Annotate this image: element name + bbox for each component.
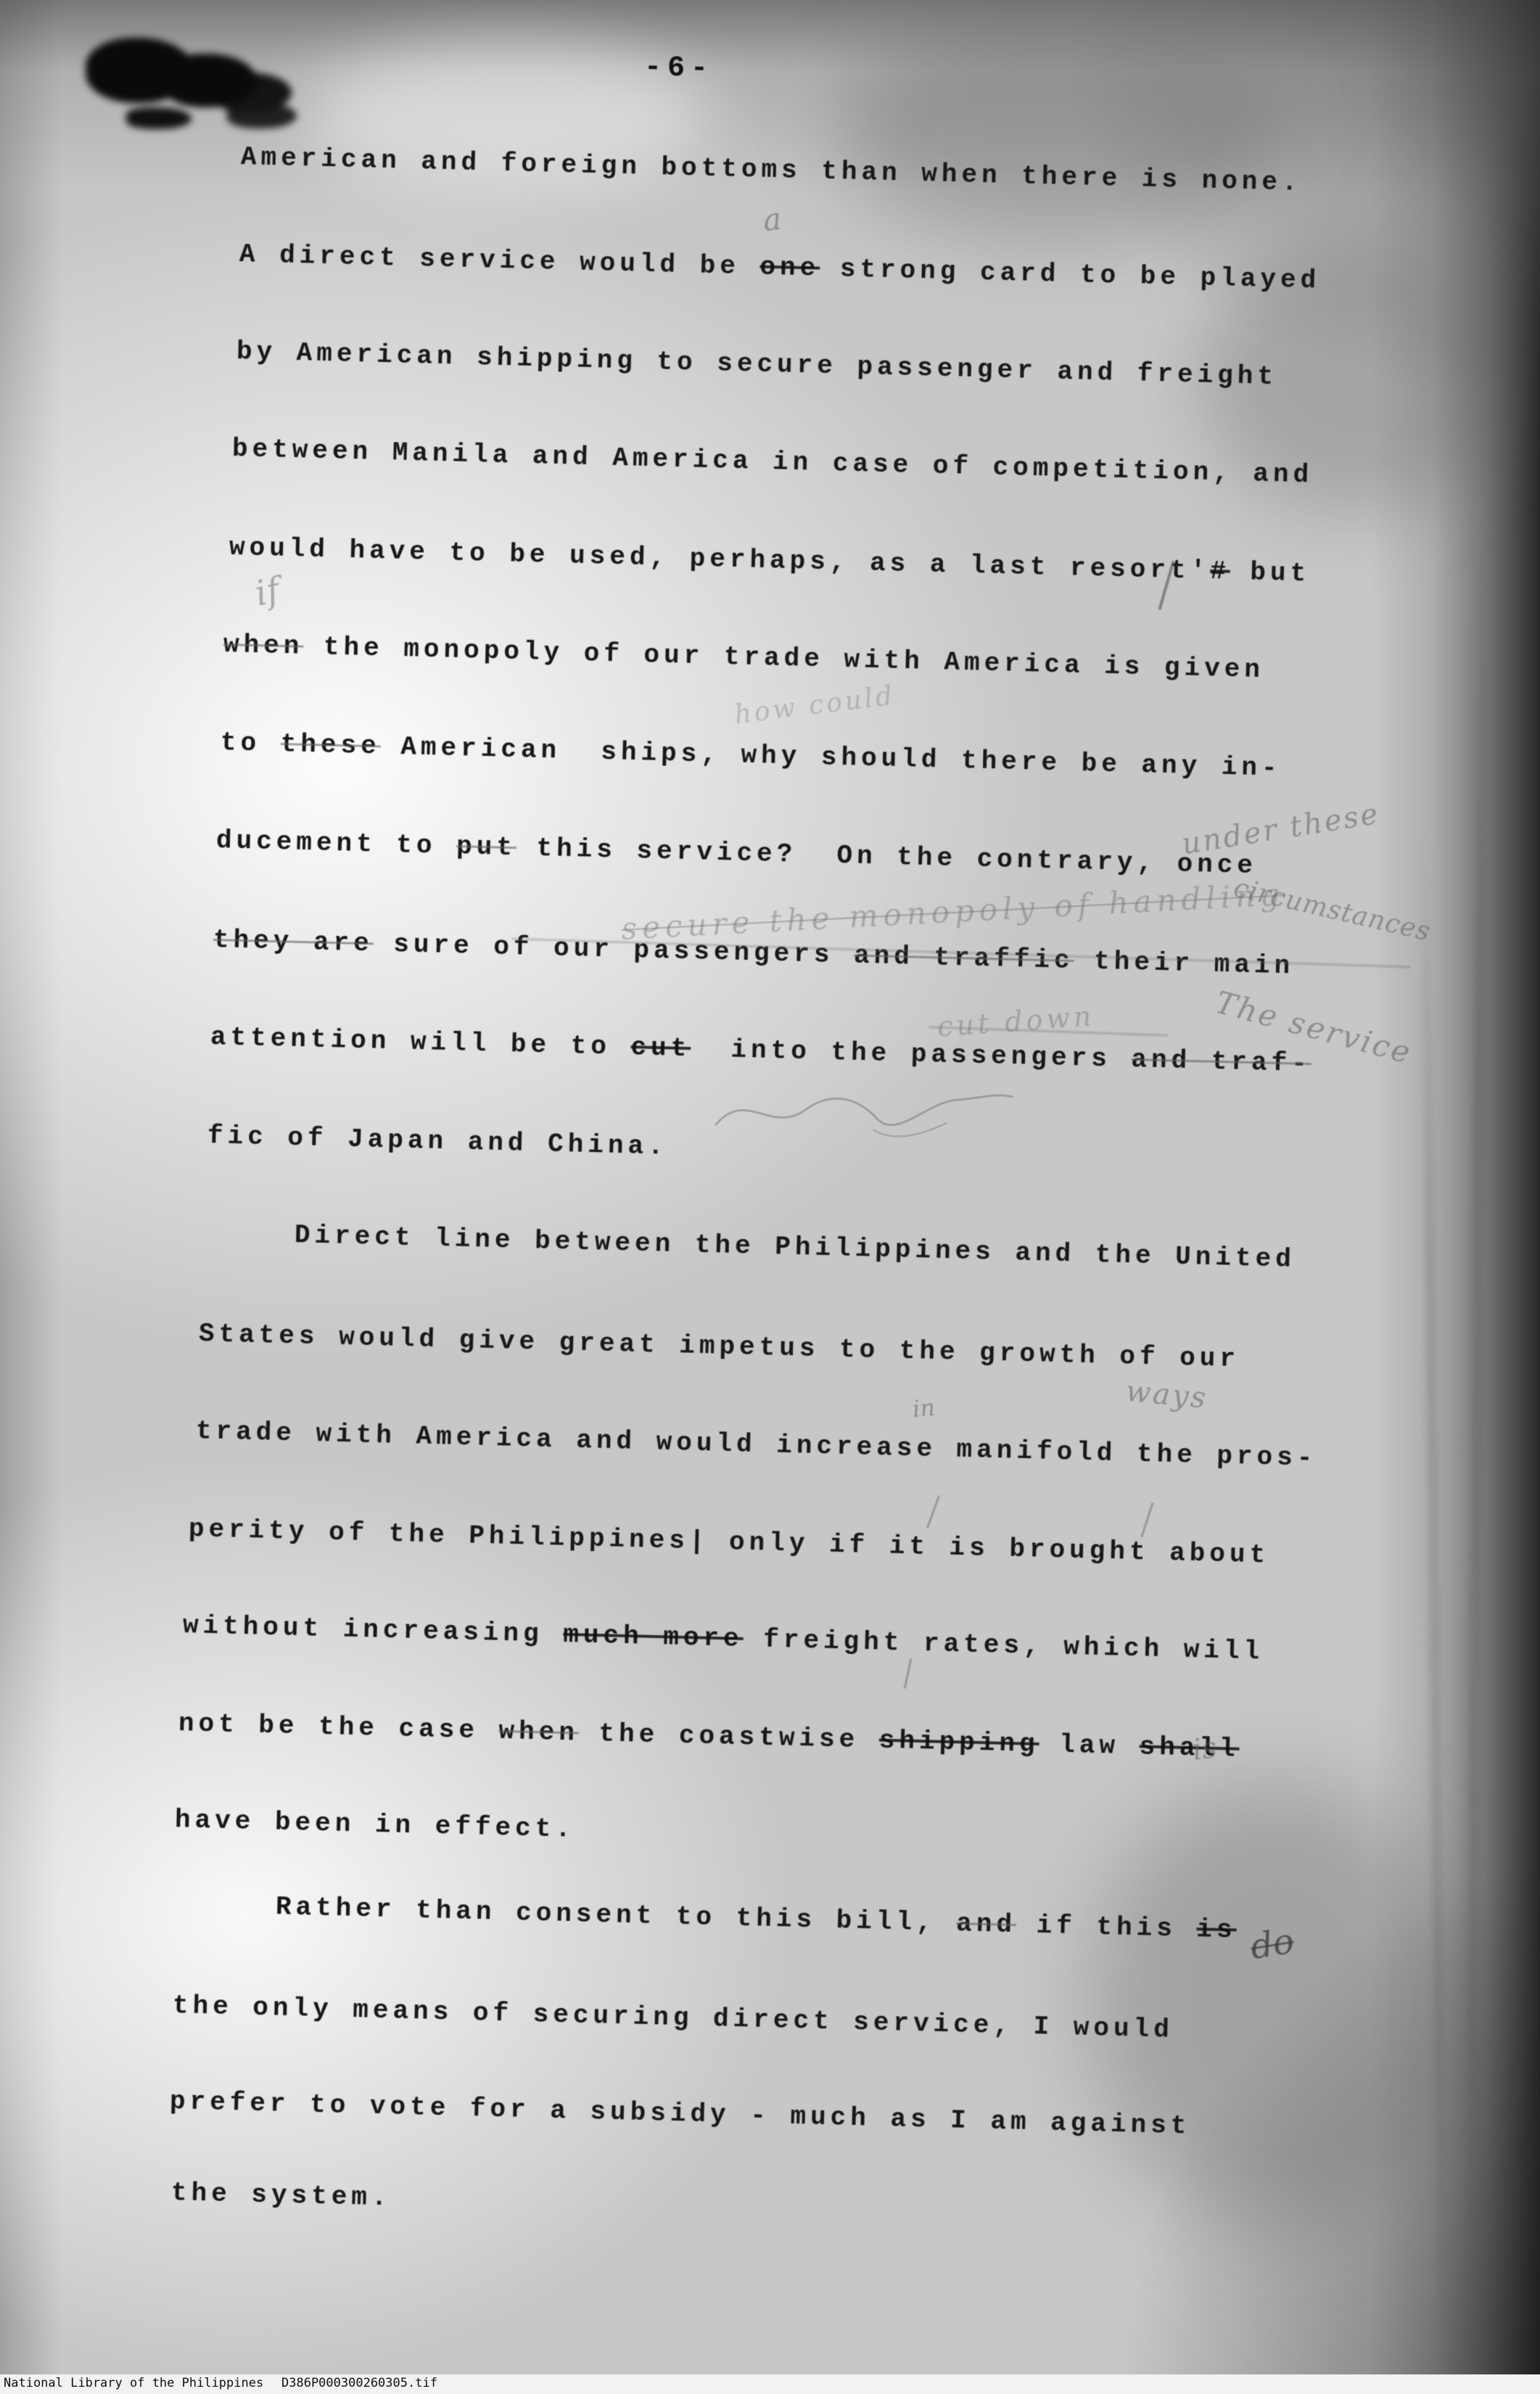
typed-line: to these American ships, why should ther… [220,728,1282,783]
struck-word: is [1196,1914,1237,1945]
text-run: American ships, why should there be any … [380,731,1282,783]
text-run: to [220,728,281,759]
text-run: perity of the Philippines| only if it is… [188,1514,1269,1570]
text-run: freight rates, which will [743,1624,1264,1667]
typed-line: trade with America and would increase ma… [195,1416,1317,1473]
text-run: the system. [170,2178,392,2213]
struck-word: put [456,831,517,863]
typed-line: fic of Japan and China. [207,1121,668,1161]
text-run: A direct service would be [239,239,759,282]
paper-crease [1466,508,1486,2358]
typed-line: by American shipping to secure passenger… [236,337,1277,392]
typed-line: perity of the Philippines| only if it is… [188,1514,1269,1570]
text-run: ducement to [215,826,456,861]
scanned-document-page: -6- American and foreign bottoms than wh… [0,0,1540,2394]
text-run: States would give great impetus to the g… [198,1319,1240,1374]
scan-footer-bar: National Library of the Philippines D386… [0,2374,1540,2394]
handwritten-note: under these [1179,797,1382,862]
typed-line: Rather than consent to this bill, and if… [275,1892,1237,1945]
typed-line: the only means of securing direct servic… [172,1991,1174,2045]
text-run: Direct line between the Philippines and … [294,1220,1296,1275]
text-run: the monopoly of our trade with America i… [303,632,1265,685]
typed-line: not be the case when the coastwise shipp… [178,1708,1240,1764]
text-run: if this [1016,1910,1197,1944]
typed-line: Direct line between the Philippines and … [294,1220,1296,1275]
typed-line: when the monopoly of our trade with Amer… [223,630,1264,685]
handwritten-insertion: in [911,1394,936,1423]
typed-line: between Manila and America in case of co… [231,434,1313,490]
text-run: without increasing [182,1611,563,1650]
typed-line: would have to be used, perhaps, as a las… [228,532,1310,588]
handwritten-scribble: do [1248,1921,1297,1968]
typed-line: the system. [170,2178,392,2213]
text-run: prefer to vote for a subsidy - much as I… [169,2086,1190,2141]
handwritten-insertion: is [1190,1731,1219,1767]
handwritten-insertion: ways [1124,1375,1209,1415]
handwritten-note: how could [733,681,897,731]
text-run: attention will be to [210,1022,631,1062]
text-run: but [1230,557,1310,589]
struck-word: and [956,1909,1017,1940]
struck-word: cut [630,1032,691,1064]
struck-word: when [498,1716,579,1748]
text-run: into the passengers [691,1034,1132,1074]
scan-shadow-patch [834,22,1284,239]
text-run: would have to be used, perhaps, as a las… [228,532,1210,586]
struck-word: and traffic [854,941,1075,976]
typed-line: prefer to vote for a subsidy - much as I… [169,2086,1190,2141]
struck-word: when [223,630,303,662]
scan-shadow-patch [1088,1777,1465,2227]
text-run: this service? On the contrary, once [516,833,1257,881]
ink-blot [86,38,194,103]
text-run: strong card to be played [820,254,1321,296]
typed-line: ducement to put this service? On the con… [215,826,1257,881]
pencil-scribble [707,1079,1019,1152]
text-run: the only means of securing direct servic… [172,1991,1174,2045]
typed-line: American and foreign bottoms than when t… [240,142,1302,198]
text-run: their main [1074,946,1295,981]
typed-line: without increasing much more freight rat… [182,1611,1264,1666]
page-number: -6- [644,52,715,86]
struck-word: much more [563,1620,744,1654]
struck-word: # [1210,556,1231,587]
handwritten-insertion: a [762,201,783,238]
text-run: between Manila and America in case of co… [231,434,1313,490]
text-run: by American shipping to secure passenger… [236,337,1277,392]
text-run: not be the case [178,1708,499,1746]
handwritten-insertion: if [252,569,284,614]
handwritten-note: secure the monopoly of handling [620,876,1285,947]
struck-word: and traf- [1131,1045,1312,1079]
text-run: American and foreign bottoms than when t… [240,142,1302,198]
text-run: Rather than consent to this bill, [275,1892,956,1938]
pencil-caret-mark [926,1495,940,1529]
text-run: have been in effect. [174,1805,575,1844]
text-run: the coastwise [578,1718,879,1755]
struck-word: they are [213,925,374,958]
struck-word: these [280,729,381,761]
text-run: fic of Japan and China. [207,1121,668,1161]
struck-word: shall [1139,1732,1240,1764]
typed-line: States would give great impetus to the g… [198,1319,1240,1374]
typed-line: A direct service would be one strong car… [239,239,1320,295]
struck-word: shipping [878,1726,1039,1759]
footer-library-label: National Library of the Philippines [4,2376,263,2390]
handwritten-note: cut down [936,1000,1096,1042]
footer-filename-label: D386P000300260305.tif [281,2376,437,2390]
struck-word: one [759,252,820,284]
pencil-caret-mark [904,1658,913,1689]
typed-line: attention will be to cut into the passen… [210,1022,1312,1079]
paper-crease [1422,834,1445,2358]
pencil-caret-mark [1140,1502,1153,1537]
typed-line: have been in effect. [174,1805,575,1844]
text-run: law [1039,1729,1140,1761]
text-run: trade with America and would increase ma… [195,1416,1317,1473]
